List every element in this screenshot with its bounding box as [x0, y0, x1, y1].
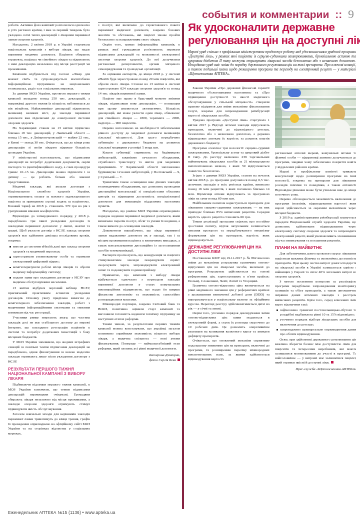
subheading-price-regulation: ДЕРЖАВНЕ РЕГУЛЮВАННЯ ЦІН НА ДОСТУПНІ ЛІК… — [188, 245, 270, 254]
body-paragraph: Окрім того, триває інформаційна кампанія… — [98, 43, 180, 72]
end-of-article-marker — [178, 359, 181, 362]
header-separator: :: — [335, 9, 342, 21]
body-paragraph: уточнено порядок відбору лікарських засо… — [280, 317, 357, 326]
page-footer: Еженедельник АПТЕКА №15 (1136) • www.apt… — [8, 510, 208, 519]
article-rule — [188, 79, 356, 82]
article-title-line1: Як удосконалити державне — [188, 22, 356, 35]
body-paragraph: зареєструвати уповноважену особу та отри… — [13, 255, 90, 265]
body-paragraph: Медичні заклади, які уклали договори з Н… — [8, 185, 90, 214]
body-paragraph: Таким чином, за результатами перших тижн… — [98, 322, 180, 351]
article-title: Як удосконалити державне регулювання цін… — [188, 22, 356, 47]
body-paragraph: Для забезпечення довгострокового курсу л… — [275, 251, 357, 279]
article-column-b: регіональні аптечні мережі, комунальні а… — [275, 86, 357, 505]
body-paragraph: Закони України «Про державні фінансові г… — [188, 86, 270, 118]
body-text-block: роботи. Активна фаза кампанії розпочалас… — [8, 23, 90, 243]
logo-pill-icon — [280, 99, 310, 112]
body-paragraph: Урядова програма «Доступні ліки» стартув… — [188, 118, 270, 146]
newspaper-page: события и комментарии :: 9 роботи. Актив… — [0, 0, 360, 530]
byline-press-service: Прес-служба «Щотижневика АПТЕКА» — [275, 367, 357, 372]
body-paragraph: 13 квітня відбувся черговий вебінар НСЗУ… — [8, 286, 90, 315]
body-paragraph: зафіксовано граничні постачальницько-збу… — [280, 308, 357, 317]
body-paragraph: Учасники ринку звертають увагу, що части… — [8, 316, 90, 340]
byline-author: Катерина Дмитрик, фото Сергія Бека — [98, 353, 180, 363]
body-text-block: Підбиваючи підсумки першого тижня кампан… — [8, 383, 90, 437]
body-paragraph: Окрім того, уточнено порядок декларуванн… — [188, 311, 270, 339]
left-column-1: роботи. Активна фаза кампанії розпочалас… — [8, 22, 90, 510]
section-title: события и комментарии — [202, 9, 329, 21]
footer-imprint: Еженедельник АПТЕКА №15 (1136) • www.apt… — [8, 510, 158, 515]
logo-sun-icon — [290, 114, 299, 123]
article-lead: Наразі уряд спільно з профільним міністе… — [188, 50, 356, 76]
article-lead-wrap: Наразі уряд спільно з профільним міністе… — [188, 50, 356, 77]
article-column-a: Закони України «Про державні фінансові г… — [188, 86, 270, 505]
body-paragraph: регіональні аптечні мережі, комунальні а… — [275, 151, 357, 169]
body-paragraph: внести до системи eHealth дані про закла… — [13, 244, 90, 254]
end-of-article-marker — [330, 361, 333, 364]
body-paragraph: Кошти субвенції спрямують на будівництво… — [98, 150, 180, 179]
customer-figure — [325, 104, 350, 148]
article-title-line2: регулювання цін на доступні ліки — [188, 35, 356, 48]
body-paragraph: Постановою КМУ від 19.11.2017 р. № 862 в… — [188, 256, 270, 284]
subheading-future-plans: ПЛАНИ НА МАЙБУТНЄ — [275, 245, 357, 250]
body-paragraph: Пацієнт має право в будь-який момент змі… — [98, 96, 180, 125]
body-paragraph: Гранична оптово-відпускна ціна визначаєт… — [188, 283, 270, 311]
body-text-block: Для забезпечення довгострокового курсу л… — [275, 251, 357, 306]
body-paragraph: Очікується, що оновлений механізм сприят… — [188, 338, 270, 361]
dostupni-liky-logo — [280, 89, 310, 123]
body-paragraph: подати заяву про укладення договору з НС… — [13, 275, 90, 285]
body-text-block: регіональні аптечні мережі, комунальні а… — [275, 151, 357, 243]
body-paragraph: Нагадаємо, що раніше МОЗ України оприлюд… — [98, 209, 180, 229]
body-text-block: Постановою КМУ від 19.11.2017 р. № 862 в… — [188, 256, 270, 362]
left-column-area: роботи. Активна фаза кампанії розпочалас… — [8, 22, 180, 509]
body-paragraph: З 2019 р. адміністрування реімбурсації п… — [275, 215, 357, 243]
body-paragraph: Програма охоплює три нозології: серцево-… — [188, 146, 270, 174]
bullet-list: зафіксовано граничні постачальницько-збу… — [275, 308, 357, 337]
body-paragraph: З метою посилення контролю за реалізаціє… — [275, 279, 357, 307]
body-paragraph: На Харківщині станом на 13 квітня підпис… — [8, 126, 90, 155]
body-paragraph: У МОЗ України запевнили, що жодних штраф… — [8, 340, 90, 364]
body-paragraph: За даними МОЗ України, протягом першого … — [8, 92, 90, 126]
page-number: 9 — [348, 7, 354, 21]
body-paragraph: Загалом навчальні заходи для керівників … — [8, 412, 90, 436]
body-paragraph: Темпи реалізації програми свідчать про п… — [188, 219, 270, 242]
closing-paragraph: Отже, при здійсненні державного регулюва… — [275, 337, 357, 365]
body-paragraph: з послуг, які включено до гарантованого … — [98, 23, 180, 43]
body-paragraph: Кампанія відбувається під гаслом «Лікар … — [8, 72, 90, 92]
bullet-list: внести до системи eHealth дані про закла… — [8, 244, 90, 285]
page-header: события и комментарии :: 9 — [202, 7, 354, 22]
body-paragraph: Наразі в профільному комітеті тривають к… — [275, 169, 357, 197]
body-paragraph: Окремо обговорюється можливість включенн… — [275, 197, 357, 215]
body-paragraph: Найбільшим попитом користуються препарат… — [188, 201, 270, 219]
body-paragraph: Згідно з даними МОЗ України, станом на п… — [188, 173, 270, 201]
body-paragraph: Нагадаємо, 2 квітня 2018 р. в Україні ст… — [8, 43, 90, 72]
logo-cloud-shape — [288, 89, 301, 97]
article-columns: Закони України «Про державні фінансові г… — [188, 86, 356, 505]
left-column-2: з послуг, які включено до гарантованого … — [98, 22, 180, 510]
vertical-divider — [182, 23, 184, 509]
customer-body — [325, 119, 350, 148]
body-paragraph: Міжнародні партнери, зокрема Світовий ба… — [98, 302, 180, 322]
body-paragraph: запроваджено щоквартальне оприлюднення д… — [280, 327, 357, 336]
body-paragraph: У міністерстві наголошують, що підписанн… — [8, 155, 90, 184]
pharmacy-photo — [275, 86, 357, 148]
main-article: Як удосконалити державне регулювання цін… — [188, 22, 356, 505]
body-paragraph: Прикметно, що кампанія з вибору лікаря в… — [98, 273, 180, 302]
body-text-block: Закони України «Про державні фінансові г… — [188, 86, 270, 242]
body-paragraph: Триватиме також оснащення вже діючих зак… — [98, 180, 180, 209]
body-paragraph: За оцінками експертів, до кінця 2018 р. … — [98, 72, 180, 96]
body-paragraph: Окремо наголошено на необхідності забезп… — [98, 126, 180, 150]
body-paragraph: Документом передбачено, що лікар первинн… — [98, 229, 180, 253]
body-paragraph: Експерти прогнозують, що конкуренція за … — [98, 253, 180, 273]
body-paragraph: Підбиваючи підсумки першого тижня кампан… — [8, 383, 90, 412]
subheading-campaign-results: РЕЗУЛЬТАТИ ПЕРШОГО ТИЖНЯ НАЦІОНАЛЬНОЇ КА… — [8, 367, 90, 381]
body-paragraph: роботи. Активна фаза кампанії розпочалас… — [8, 23, 90, 43]
body-paragraph: Відповідно до затвердженого порядку, у 2… — [8, 214, 90, 243]
body-text-block: 13 квітня відбувся черговий вебінар НСЗУ… — [8, 286, 90, 364]
body-text-block: з послуг, які включено до гарантованого … — [98, 23, 180, 351]
body-paragraph: комп'ютеризувати робочі місця лікарів та… — [13, 265, 90, 275]
